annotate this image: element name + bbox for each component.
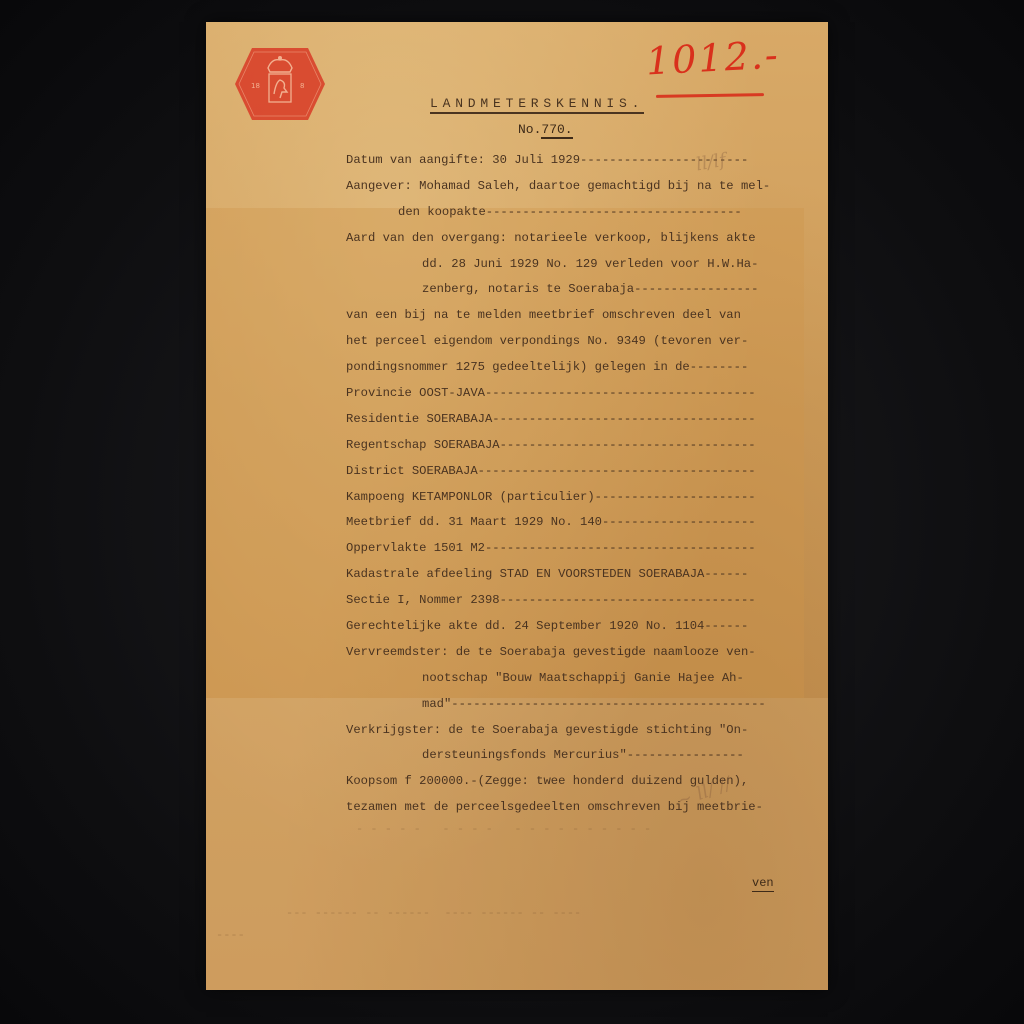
document-title: LANDMETERSKENNIS. xyxy=(430,96,644,114)
bleed-through-text: --- ------ -- ------ ---- ------ -- ---- xyxy=(286,906,581,920)
typed-body: Datum van aangifte: 30 Juli 1929--------… xyxy=(346,148,786,821)
typed-line: pondingsnommer 1275 gedeeltelijk) gelege… xyxy=(346,355,786,381)
typed-line: Sectie I, Nommer 2398-------------------… xyxy=(346,588,786,614)
typed-line: tezamen met de perceelsgedeelten omschre… xyxy=(346,795,786,821)
typed-line: nootschap "Bouw Maatschappij Ganie Hajee… xyxy=(346,666,786,692)
typed-line: zenberg, notaris te Soerabaja-----------… xyxy=(346,277,786,303)
document-page: 18 8 1012.- LANDMETERSKENNIS. No.770. Da… xyxy=(206,22,828,990)
typed-line: Vervreemdster: de te Soerabaja gevestigd… xyxy=(346,640,786,666)
typed-line: Kampoeng KETAMPONLOR (particulier)------… xyxy=(346,485,786,511)
typed-line: mad"------------------------------------… xyxy=(346,692,786,718)
royal-seal-icon: 18 8 xyxy=(234,46,326,122)
typed-line: Regentschap SOERABAJA-------------------… xyxy=(346,433,786,459)
typed-line: den koopakte----------------------------… xyxy=(346,200,786,226)
typed-line: Kadastrale afdeeling STAD EN VOORSTEDEN … xyxy=(346,562,786,588)
typed-line: Aangever: Mohamad Saleh, daartoe gemacht… xyxy=(346,174,786,200)
typed-line: Aard van den overgang: notarieele verkoo… xyxy=(346,226,786,252)
bleed-through-text: - - - - - - - - - - - - - - - - - - - xyxy=(356,822,651,836)
document-number-value: 770. xyxy=(541,122,572,139)
typed-line: dersteuningsfonds Mercurius"------------… xyxy=(346,743,786,769)
typed-line: Meetbrief dd. 31 Maart 1929 No. 140-----… xyxy=(346,510,786,536)
continuation-word: ven xyxy=(752,876,774,892)
typed-line: District SOERABAJA----------------------… xyxy=(346,459,786,485)
typed-line: Oppervlakte 1501 M2---------------------… xyxy=(346,536,786,562)
typed-line: van een bij na te melden meetbrief omsch… xyxy=(346,303,786,329)
handwritten-underline xyxy=(656,93,764,98)
typed-line: het perceel eigendom verpondings No. 934… xyxy=(346,329,786,355)
svg-text:18: 18 xyxy=(251,82,260,90)
document-number-prefix: No. xyxy=(518,122,541,137)
typed-line: Verkrijgster: de te Soerabaja gevestigde… xyxy=(346,718,786,744)
typed-line: Gerechtelijke akte dd. 24 September 1920… xyxy=(346,614,786,640)
typed-line: Residentie SOERABAJA--------------------… xyxy=(346,407,786,433)
svg-text:8: 8 xyxy=(300,82,304,90)
typed-line: Provincie OOST-JAVA---------------------… xyxy=(346,381,786,407)
bleed-through-text: ---- xyxy=(216,928,245,942)
document-number: No.770. xyxy=(518,122,573,137)
handwritten-reference-number: 1012.- xyxy=(645,33,781,84)
typed-line: dd. 28 Juni 1929 No. 129 verleden voor H… xyxy=(346,252,786,278)
